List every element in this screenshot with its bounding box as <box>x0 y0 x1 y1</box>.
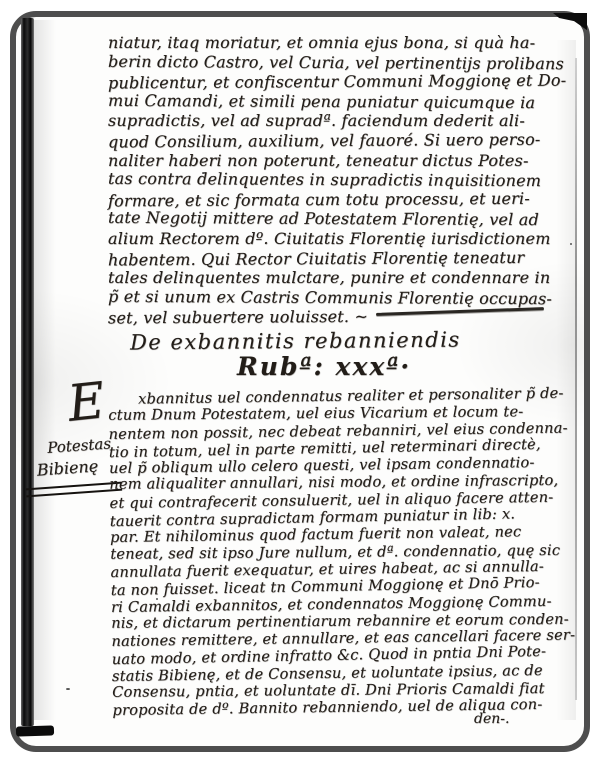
section-heading: De exbannitis rebanniendis <box>130 328 461 355</box>
manuscript-scan: niatur, itaq moriatur, et omnia ejus bon… <box>0 0 603 760</box>
margin-note-line1: Potestas <box>47 433 112 458</box>
drop-cap-initial: E <box>65 375 107 429</box>
text-line: publicentur, et confiscentur Communi Mog… <box>108 71 560 93</box>
page-edge-line <box>575 58 577 700</box>
scan-speck <box>66 688 70 690</box>
scan-speck <box>570 243 572 245</box>
text-line: tales delinquentes mulctare, punire et c… <box>108 268 560 288</box>
text-line: niatur, itaq moriatur, et omnia ejus bon… <box>108 33 560 53</box>
text-line: supradictis, vel ad supradª. faciendum d… <box>108 111 560 131</box>
text-line: teneat, sed sit ipso Jure nullum, et dª.… <box>110 542 562 563</box>
rubric-number: Rubª: xxxª· <box>237 352 411 381</box>
text-line: habentem. Qui Rector Ciuitatis Florentię… <box>108 247 560 269</box>
binding-strip-foot <box>16 725 54 736</box>
scan-speck <box>202 172 205 174</box>
text-line: quod Consilium, auxilium, vel fauoré. Si… <box>108 130 560 152</box>
text-line: tas contra delinquentes in supradictis i… <box>108 169 560 191</box>
text-line: naliter haberi non poterunt, teneatur di… <box>108 151 560 171</box>
margin-note: Potestas Bibienę <box>35 433 114 480</box>
paragraph-1: niatur, itaq moriatur, et omnia ejus bon… <box>108 33 560 327</box>
binding-strip <box>21 18 34 726</box>
paragraph-2: xbannitus uel condennatus realiter et pe… <box>108 385 565 720</box>
text-line: mui Camandi, et simili pena puniatur qui… <box>108 91 560 113</box>
text-line: tate Negotij mittere ad Potestatem Flore… <box>108 208 560 230</box>
gutter-shadow <box>34 20 56 720</box>
text-line: alium Rectorem dº. Ciuitatis Florentię i… <box>108 229 560 249</box>
catchword: den-. <box>474 711 509 727</box>
scan-speck <box>156 598 158 600</box>
